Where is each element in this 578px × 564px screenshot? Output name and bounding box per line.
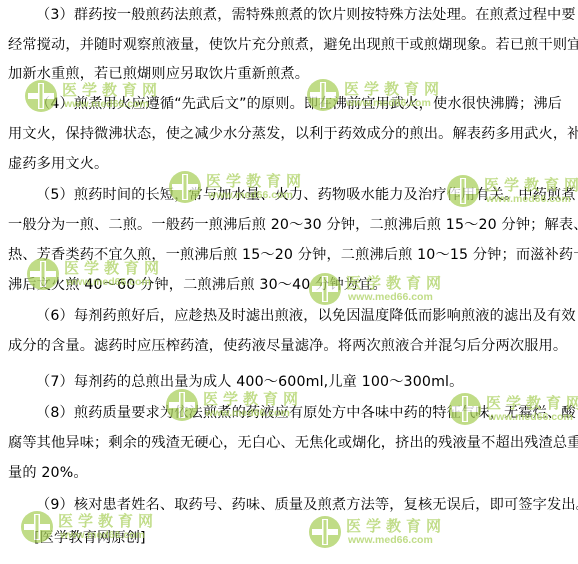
paragraph-6-line-2: 成分的含量。滤药时应压榨药渣，使药液尽量滤净。将两次煎液合并混匀后分两次服用。 xyxy=(8,337,567,355)
paragraph-7-line-1: （7）每剂药的总煎出量为成人 400～600ml,儿童 100～300ml。 xyxy=(36,373,463,391)
med66-cross-logo-icon xyxy=(308,515,342,549)
paragraph-5-line-3: 热、芳香类药不宜久煎，一煎沸后煎 15～20 分钟，二煎沸后煎 10～15 分钟… xyxy=(8,246,578,264)
watermark-name: 医学教育网 xyxy=(346,515,446,536)
source-note: [医学教育网原创] xyxy=(34,529,146,547)
document-page: （3）群药按一般煎药法煎煮，需特殊煎煮的饮片则按特殊方法处理。在煎煮过程中要 经… xyxy=(0,0,578,564)
paragraph-5-line-4: 沸后文火煎 40～60 分钟，二煎沸后煎 30～40 分钟为宜。 xyxy=(8,276,387,294)
paragraph-9-line-1: （9）核对患者姓名、取药号、药味、质量及煎煮方法等，复核无误后，即可签字发出。 xyxy=(36,496,578,514)
paragraph-5-line-1: （5）煎药时间的长短，常与加水量、火力、药物吸水能力及治疗作用有关。中药煎煮 xyxy=(36,186,576,204)
watermark: 医学教育网 www.med66.com xyxy=(308,513,438,553)
paragraph-3-line-1: （3）群药按一般煎药法煎煮，需特殊煎煮的饮片则按特殊方法处理。在煎煮过程中要 xyxy=(36,6,576,24)
paragraph-4-line-2: 用文火，保持微沸状态，使之减少水分蒸发，以利于药效成分的煎出。解表药多用武火，补 xyxy=(8,125,578,143)
paragraph-4-line-1: （4）煎煮用火应遵循“先武后文”的原则。即在沸前宜用武火，使水很快沸腾；沸后 xyxy=(36,95,562,113)
paragraph-4-line-3: 虚药多用文火。 xyxy=(8,155,108,173)
paragraph-5-line-2: 一般分为一煎、二煎。一般药一煎沸后煎 20～30 分钟，二煎沸后煎 15～20 … xyxy=(8,216,578,234)
paragraph-3-line-3: 加新水重煎，若已煎煳则应另取饮片重新煎煮。 xyxy=(8,65,309,83)
watermark-url: www.med66.com xyxy=(348,534,433,546)
paragraph-8-line-3: 量的 20%。 xyxy=(8,464,88,482)
paragraph-6-line-1: （6）每剂药煎好后，应趁热及时滤出煎液，以免因温度降低而影响煎液的滤出及有效 xyxy=(36,307,576,325)
paragraph-8-line-2: 腐等其他异味；剩余的残渣无硬心，无白心、无焦化或煳化，挤出的残液量不超出残渣总重 xyxy=(8,434,578,452)
paragraph-3-line-2: 经常搅动，并随时观察煎液量，使饮片充分煎煮，避免出现煎干或煎煳现象。若已煎干则宜 xyxy=(8,36,578,54)
paragraph-8-line-1: （8）煎药质量要求为依法煎煮的药液应有原处方中各味中药的特征气味，无霉烂、酸 xyxy=(36,404,576,422)
